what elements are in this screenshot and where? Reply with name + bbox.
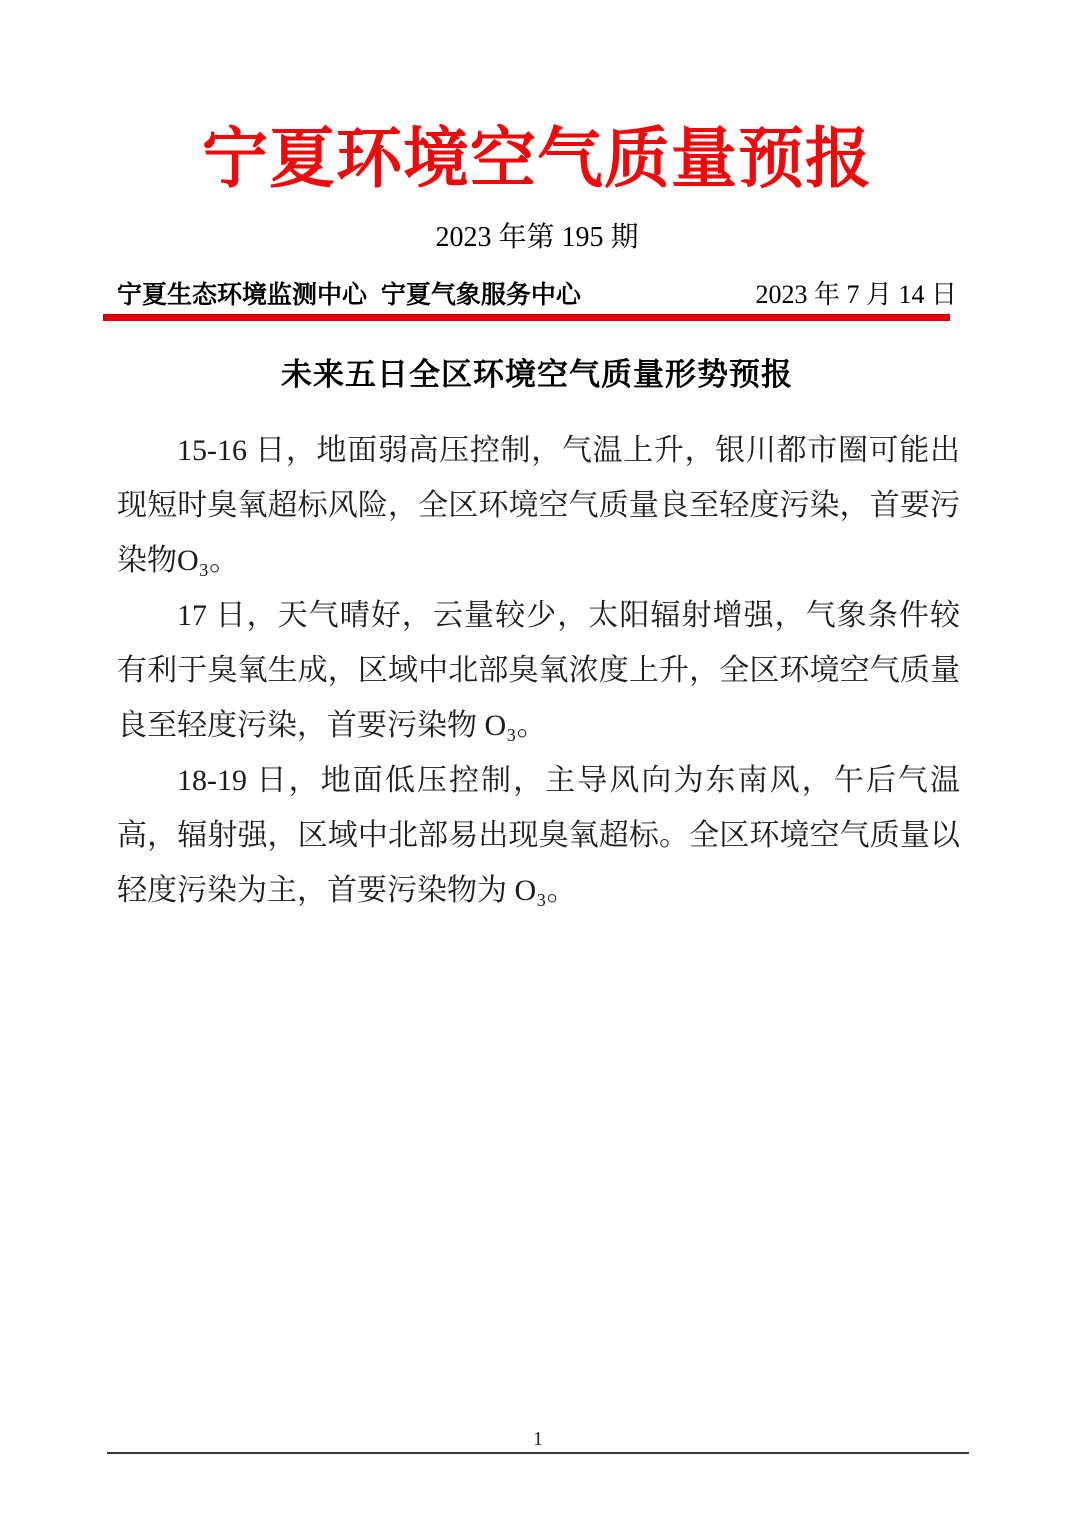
- publish-date: 2023 年 7 月 14 日: [755, 280, 957, 310]
- page-number: 1: [533, 1428, 543, 1450]
- publisher-row: 宁夏生态环境监测中心 宁夏气象服务中心 2023 年 7 月 14 日: [117, 280, 957, 310]
- document-title: 宁夏环境空气质量预报: [0, 0, 1074, 198]
- section-heading: 未来五日全区环境空气质量形势预报: [115, 357, 959, 393]
- issue-number: 2023 年第 195 期: [0, 222, 1074, 254]
- forecast-paragraph-17: 17 日，天气晴好，云量较少，太阳辐射增强，气象条件较有利于臭氧生成，区域中北部…: [117, 588, 960, 753]
- forecast-paragraph-18-19: 18-19 日，地面低压控制，主导风向为东南风，午后气温高，辐射强，区域中北部易…: [117, 753, 960, 918]
- publisher-names: 宁夏生态环境监测中心 宁夏气象服务中心: [117, 280, 581, 310]
- document-page: 宁夏环境空气质量预报 2023 年第 195 期 宁夏生态环境监测中心 宁夏气象…: [0, 0, 1074, 1520]
- forecast-body: 15-16 日，地面弱高压控制，气温上升，银川都市圈可能出现短时臭氧超标风险，全…: [117, 423, 960, 918]
- red-divider-line: [103, 314, 950, 321]
- page-footer: 1: [107, 1428, 969, 1454]
- forecast-paragraph-15-16: 15-16 日，地面弱高压控制，气温上升，银川都市圈可能出现短时臭氧超标风险，全…: [117, 423, 960, 588]
